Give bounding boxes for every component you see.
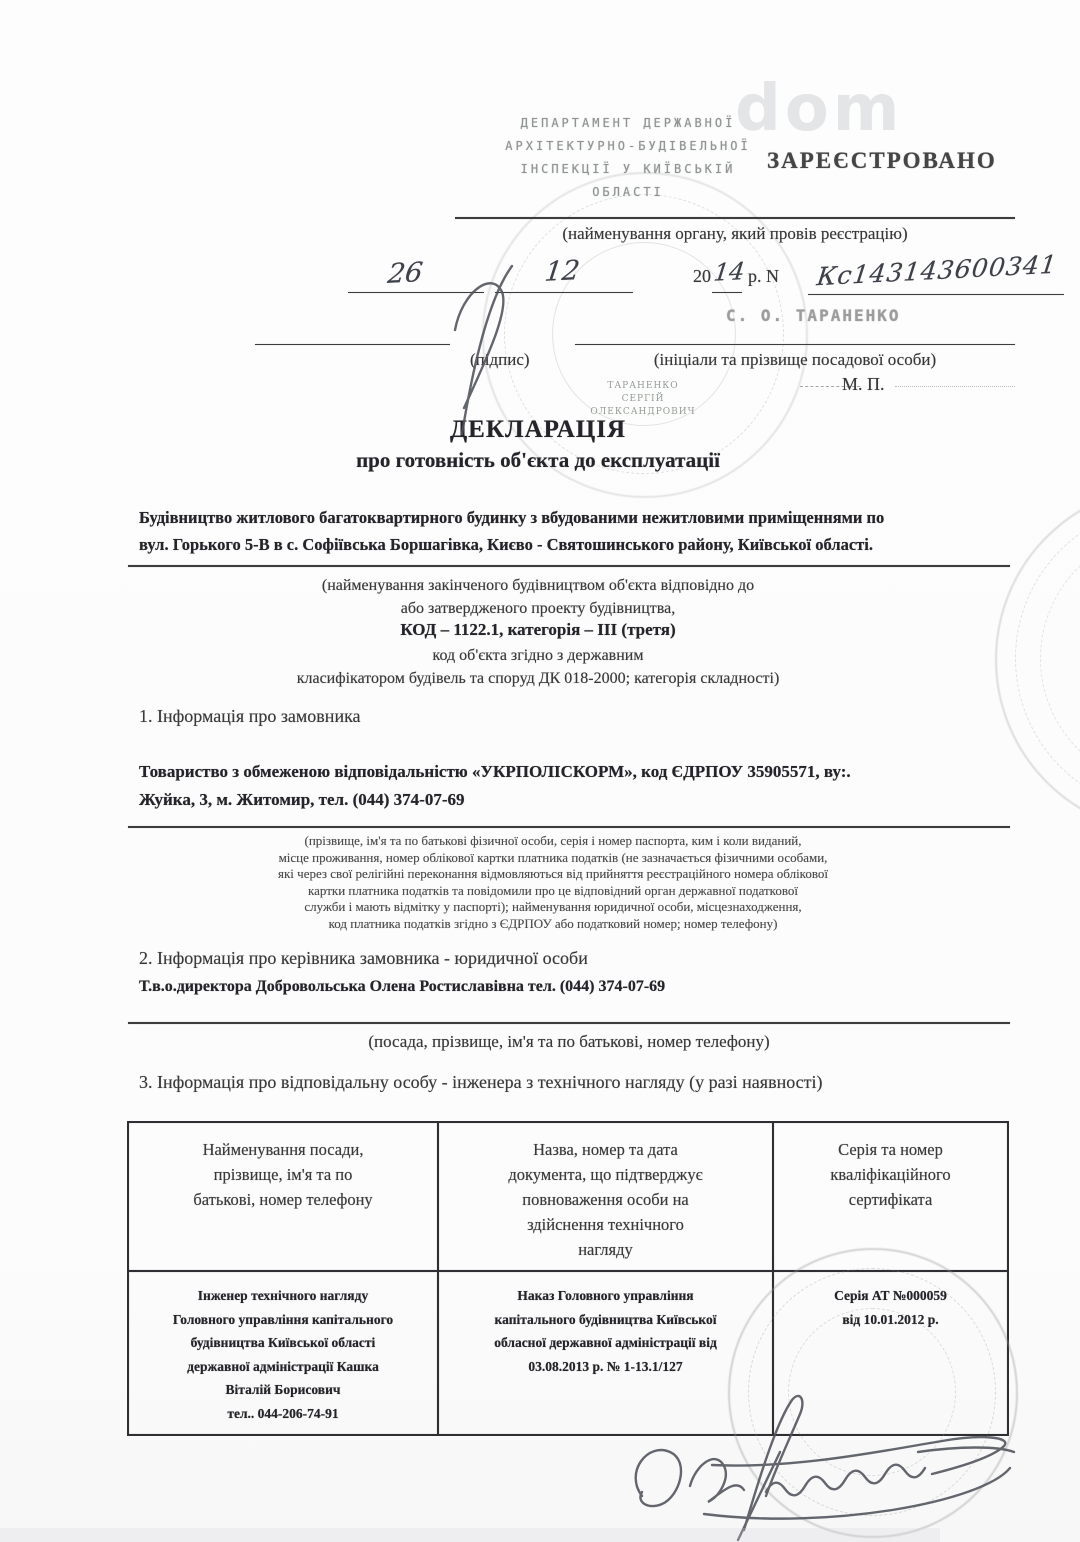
year-prefix: 20 — [693, 266, 711, 287]
initials-line — [575, 344, 1015, 345]
registered-stamp-label: ЗАРЕЄСТРОВАНО — [767, 148, 997, 174]
table-header-row: Найменування посади, прізвище, ім'я та п… — [128, 1122, 1008, 1271]
section1-rule — [128, 826, 1010, 828]
document-page: dom ТАРАНЕНКО СЕРГІЙ ОЛЕКСАНДРОВИЧ ДЕПАР… — [0, 0, 1080, 1542]
object-caption-bottom: код об'єкта згідно з державним класифіка… — [128, 644, 948, 690]
authority-caption: (найменування органу, який провів реєстр… — [455, 224, 1015, 244]
day-underline — [348, 292, 484, 293]
year-underline — [712, 292, 742, 293]
section2-value: Т.в.о.директора Добровольська Олена Рост… — [139, 978, 979, 996]
handwritten-day: 26 — [386, 257, 424, 290]
scan-edge-shadow — [0, 1528, 940, 1542]
section1-value: Товариство з обмеженою відповідальністю … — [139, 758, 979, 814]
document-subtitle: про готовність об'єкта до експлуатації — [128, 448, 948, 473]
section1-heading: 1. Інформація про замовника — [139, 706, 361, 727]
number-label: р. N — [748, 266, 779, 287]
table-header-document: Назва, номер та дата документа, що підтв… — [438, 1122, 773, 1271]
table-cell-certificate: Серія АТ №000059 від 10.01.2012 р. — [773, 1271, 1008, 1435]
header-rule — [455, 217, 1015, 219]
object-code-line: КОД – 1122.1, категорія – ІІІ (третя) — [128, 620, 948, 640]
signature-caption: (підпис) — [470, 350, 530, 370]
handwritten-number: Кс143143600341 — [815, 250, 1059, 291]
official-name-stamp: С. О. ТАРАНЕНКО — [726, 306, 901, 325]
document-title: ДЕКЛАРАЦІЯ — [128, 416, 948, 444]
section2-rule — [128, 1022, 1010, 1024]
authority-stamp: ДЕПАРТАМЕНТ ДЕРЖАВНОЇ АРХІТЕКТУРНО-БУДІВ… — [478, 112, 778, 204]
table-cell-document: Наказ Головного управління капітального … — [438, 1271, 773, 1435]
seal-place-label: М. П. — [842, 374, 885, 395]
section3-heading: 3. Інформація про відповідальну особу - … — [139, 1072, 823, 1093]
signature-line — [255, 344, 450, 345]
table-data-row: Інженер технічного нагляду Головного упр… — [128, 1271, 1008, 1435]
object-description: Будівництво житлового багатоквартирного … — [139, 504, 969, 558]
table-cell-position: Інженер технічного нагляду Головного упр… — [128, 1271, 438, 1435]
month-underline — [495, 292, 633, 293]
object-caption-top: (найменування закінченого будівництвом о… — [128, 574, 948, 620]
seal-place-leader-right — [895, 386, 1015, 387]
initials-caption: (ініціали та прізвище посадової особи) — [595, 350, 995, 370]
section1-caption: (прізвище, ім'я та по батькові фізичної … — [128, 833, 978, 932]
object-rule — [128, 565, 1010, 567]
section2-caption: (посада, прізвище, ім'я та по батькові, … — [128, 1032, 1010, 1052]
tech-supervisor-table: Найменування посади, прізвище, ім'я та п… — [127, 1121, 1009, 1436]
round-seal-center-text: ТАРАНЕНКО СЕРГІЙ ОЛЕКСАНДРОВИЧ — [568, 380, 718, 419]
table-header-position: Найменування посади, прізвище, ім'я та п… — [128, 1122, 438, 1271]
handwritten-month: 12 — [543, 255, 581, 288]
handwritten-year: 14 — [712, 257, 746, 287]
table-header-certificate: Серія та номер кваліфікаційного сертифік… — [773, 1122, 1008, 1271]
number-underline — [808, 294, 1064, 295]
section2-heading: 2. Інформація про керівника замовника - … — [139, 948, 588, 969]
